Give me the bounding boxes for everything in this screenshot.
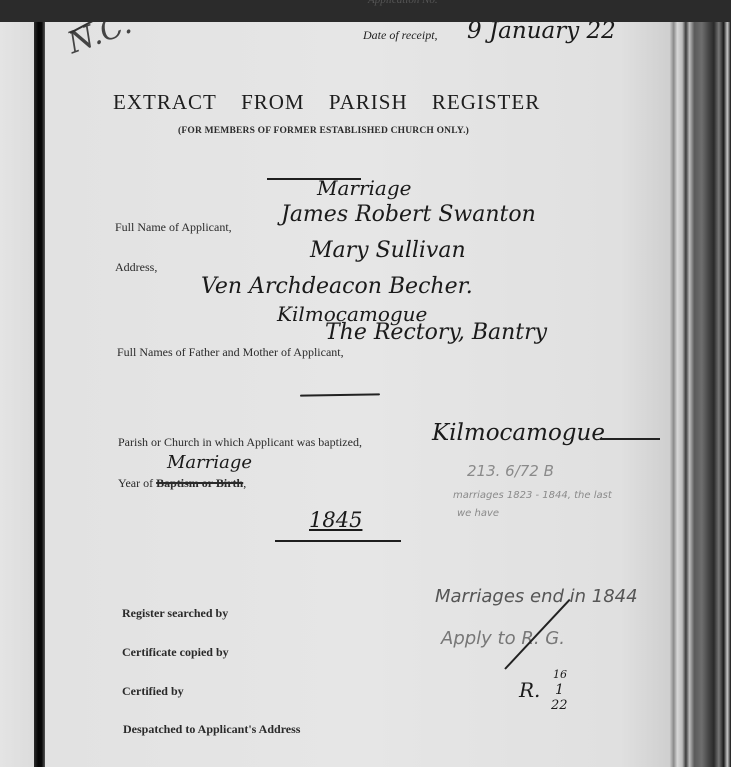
date-of-receipt-label: Date of receipt, bbox=[363, 28, 438, 43]
parents-label: Full Names of Father and Mother of Appli… bbox=[117, 345, 344, 360]
office-initials-date-bottom: 22 bbox=[551, 698, 568, 713]
address-line1: Ven Archdeacon Becher. bbox=[201, 274, 473, 299]
parish-label: Parish or Church in which Applicant was … bbox=[118, 435, 362, 450]
year-label: Year of Baptism or Birth, bbox=[118, 476, 246, 491]
register-page: N.C. Date of receipt, 9 January 22 EXTRA… bbox=[45, 22, 670, 767]
application-no-label: Application No. bbox=[368, 0, 438, 6]
facing-page bbox=[0, 22, 34, 767]
parish-value: Kilmocamogue bbox=[432, 420, 605, 446]
year-label-struck: Baptism or Birth bbox=[156, 476, 243, 490]
full-name-value: James Robert Swanton bbox=[281, 202, 536, 227]
address-label: Address, bbox=[115, 260, 157, 275]
year-inserted-word: Marriage bbox=[167, 452, 252, 473]
document-subtitle: (FOR MEMBERS OF FORMER ESTABLISHED CHURC… bbox=[178, 126, 469, 136]
parents-blank-stroke bbox=[300, 393, 380, 396]
pencil-note-line1: marriages 1823 - 1844, the last bbox=[453, 490, 612, 501]
full-name-label: Full Name of Applicant, bbox=[115, 220, 232, 235]
office-initials: R. bbox=[519, 678, 540, 702]
office-initials-date-top: 16 bbox=[553, 668, 567, 681]
certificate-copied-label: Certificate copied by bbox=[122, 645, 229, 660]
title-word: EXTRACT bbox=[113, 90, 217, 114]
year-rule bbox=[275, 540, 401, 542]
title-word: PARISH bbox=[329, 90, 408, 114]
certified-by-label: Certified by bbox=[122, 684, 184, 699]
title-word: FROM bbox=[241, 90, 305, 114]
year-label-prefix: Year of bbox=[118, 476, 153, 490]
register-searched-label: Register searched by bbox=[122, 606, 228, 621]
office-note-line1: Marriages end in 1844 bbox=[435, 586, 638, 607]
name-inserted-word: Marriage bbox=[317, 176, 411, 200]
document-title: EXTRACT FROM PARISH REGISTER bbox=[113, 90, 558, 115]
address-line3: The Rectory, Bantry bbox=[325, 320, 547, 345]
despatched-label: Despatched to Applicant's Address bbox=[123, 722, 300, 737]
office-initials-date-mid: 1 bbox=[555, 682, 564, 698]
full-name-value-line2: Mary Sullivan bbox=[310, 238, 466, 263]
pencil-note-line2: we have bbox=[457, 508, 499, 519]
pencil-reference: 213. 6/72 B bbox=[467, 462, 554, 480]
title-word: REGISTER bbox=[432, 90, 540, 114]
parish-flourish bbox=[600, 438, 660, 440]
book-gutter bbox=[34, 22, 45, 767]
book-page-edges bbox=[670, 22, 731, 767]
office-note-line2: Apply to R. G. bbox=[441, 628, 565, 649]
year-value: 1845 bbox=[309, 508, 362, 532]
year-label-suffix: , bbox=[243, 476, 246, 490]
top-dark-band: Application No. bbox=[0, 0, 731, 22]
